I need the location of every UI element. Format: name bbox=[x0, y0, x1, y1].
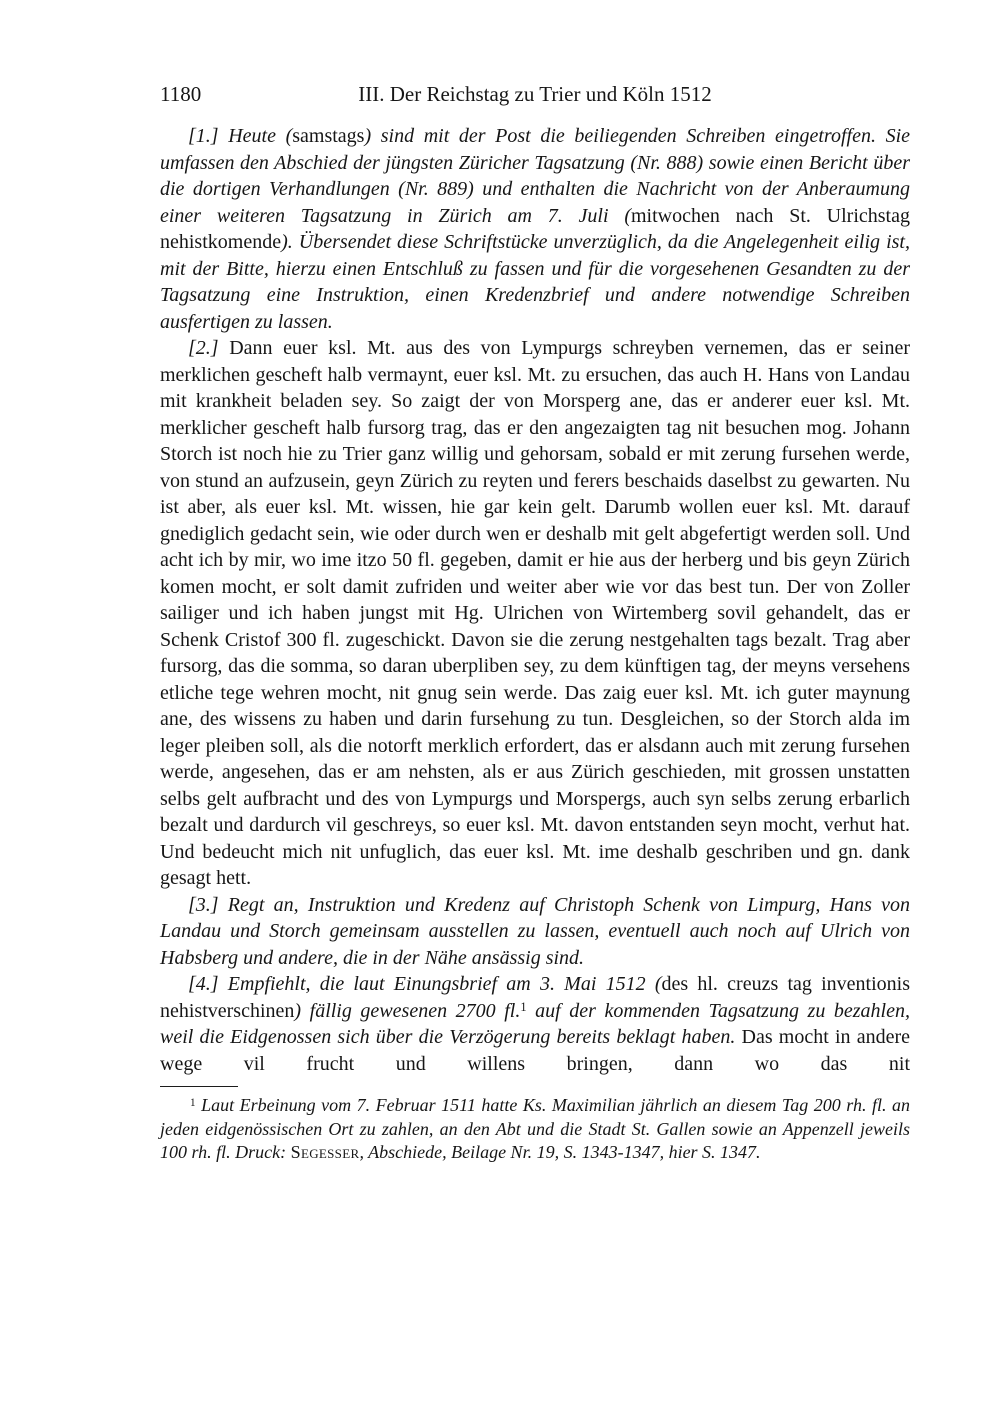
footnote-marker: 1 bbox=[520, 1000, 526, 1014]
text-segment-roman: Dann euer ksl. Mt. aus des von Lympurgs … bbox=[160, 337, 910, 889]
text-segment-italic: ) fällig gewesenen 2700 fl. bbox=[294, 1000, 520, 1022]
text-segment-italic: [1.] Heute ( bbox=[188, 125, 292, 147]
running-header: 1180 III. Der Reichstag zu Trier und Köl… bbox=[160, 82, 910, 106]
text-segment-italic: [4.] Empfiehlt, die laut Einungsbrief am… bbox=[188, 973, 662, 995]
paragraph-2: [2.] Dann euer ksl. Mt. aus des von Lymp… bbox=[160, 335, 910, 892]
main-text: [1.] Heute (samstags) sind mit der Post … bbox=[160, 123, 910, 1077]
paragraph-4: [4.] Empfiehlt, die laut Einungsbrief am… bbox=[160, 971, 910, 1077]
footnote-1: 1 Laut Erbeinung vom 7. Februar 1511 hat… bbox=[160, 1094, 910, 1165]
paragraph-3: [3.] Regt an, Instruktion und Kredenz au… bbox=[160, 892, 910, 972]
text-segment-smallcaps: Segesser bbox=[291, 1142, 360, 1162]
paragraph-1: [1.] Heute (samstags) sind mit der Post … bbox=[160, 123, 910, 335]
book-page: 1180 III. Der Reichstag zu Trier und Köl… bbox=[0, 0, 1004, 1418]
footnote-separator-rule bbox=[160, 1086, 238, 1087]
footnote-area: 1 Laut Erbeinung vom 7. Februar 1511 hat… bbox=[160, 1086, 910, 1165]
footnote: 1 Laut Erbeinung vom 7. Februar 1511 hat… bbox=[160, 1094, 910, 1165]
text-segment-italic: [3.] Regt an, Instruktion und Kredenz au… bbox=[160, 894, 910, 969]
text-column: 1180 III. Der Reichstag zu Trier und Köl… bbox=[160, 82, 910, 1165]
footnote-marker: 1 bbox=[190, 1097, 196, 1109]
text-segment-italic: , Abschiede, Beilage Nr. 19, S. 1343-134… bbox=[359, 1142, 760, 1162]
text-segment-italic: [2.] bbox=[188, 337, 219, 359]
text-segment-roman: samstags bbox=[292, 125, 364, 147]
running-header-title: III. Der Reichstag zu Trier und Köln 151… bbox=[160, 82, 910, 106]
